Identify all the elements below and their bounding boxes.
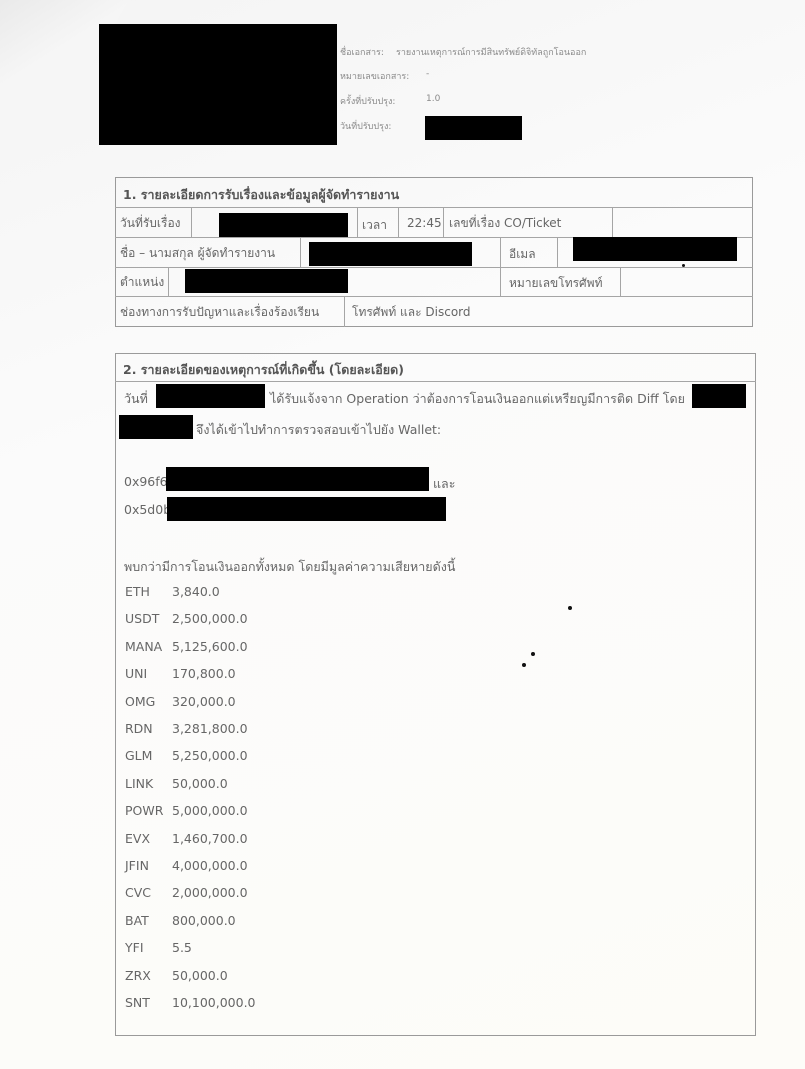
asset-amount: 50,000.0 (172, 776, 228, 791)
asset-row: JFIN4,000,000.0 (125, 858, 248, 873)
redacted-incident-date (156, 384, 265, 408)
asset-amount: 2,500,000.0 (172, 611, 248, 626)
redacted-revision-date (425, 116, 522, 140)
time-label: เวลา (362, 216, 387, 235)
redacted-received-date (219, 213, 348, 237)
asset-symbol: RDN (125, 721, 172, 736)
redacted-position (185, 269, 348, 293)
asset-row: EVX1,460,700.0 (125, 831, 248, 846)
redacted-logo (99, 24, 337, 145)
phone-label: หมายเลขโทรศัพท์ (509, 274, 603, 293)
divider (115, 267, 753, 268)
asset-row: POWR5,000,000.0 (125, 803, 248, 818)
asset-symbol: POWR (125, 803, 172, 818)
complaint-channel-label: ช่องทางการรับปัญหาและเรื่องร้องเรียน (120, 303, 319, 322)
redacted-wallet-1 (166, 467, 429, 491)
asset-symbol: MANA (125, 639, 172, 654)
asset-symbol: CVC (125, 885, 172, 900)
asset-row: LINK50,000.0 (125, 776, 228, 791)
asset-symbol: LINK (125, 776, 172, 791)
asset-amount: 1,460,700.0 (172, 831, 248, 846)
divider (500, 267, 501, 296)
asset-symbol: GLM (125, 748, 172, 763)
asset-amount: 50,000.0 (172, 968, 228, 983)
divider (344, 296, 345, 327)
wallet-1-prefix: 0x96f6 (124, 474, 168, 489)
asset-symbol: EVX (125, 831, 172, 846)
asset-amount: 5,125,600.0 (172, 639, 248, 654)
asset-amount: 3,840.0 (172, 584, 220, 599)
loss-summary: พบกว่ามีการโอนเงินออกทั้งหมด โดยมีมูลค่า… (124, 557, 455, 577)
redacted-wallet-2 (167, 497, 446, 521)
asset-symbol: UNI (125, 666, 172, 681)
divider (398, 207, 399, 237)
divider (557, 237, 558, 267)
asset-row: UNI170,800.0 (125, 666, 236, 681)
asset-row: ETH3,840.0 (125, 584, 220, 599)
asset-row: BAT800,000.0 (125, 913, 236, 928)
asset-row: SNT10,100,000.0 (125, 995, 256, 1010)
divider (115, 381, 756, 382)
asset-amount: 320,000.0 (172, 694, 236, 709)
email-label: อีเมล (509, 245, 536, 264)
redacted-reporter-name (309, 242, 472, 266)
received-date-label: วันที่รับเรื่อง (120, 214, 181, 233)
asset-symbol: OMG (125, 694, 172, 709)
asset-row: GLM5,250,000.0 (125, 748, 248, 763)
divider (357, 207, 358, 237)
redacted-email (573, 237, 737, 261)
divider (620, 267, 621, 296)
wallet-conjunction: และ (433, 474, 455, 494)
asset-amount: 2,000,000.0 (172, 885, 248, 900)
divider (115, 296, 753, 297)
asset-amount: 5.5 (172, 940, 192, 955)
speck (682, 264, 685, 267)
position-label: ตำแหน่ง (120, 273, 164, 292)
reporter-name-label: ชื่อ – นามสกุล ผู้จัดทำรายงาน (120, 244, 275, 263)
asset-amount: 4,000,000.0 (172, 858, 248, 873)
divider (443, 207, 444, 237)
asset-amount: 800,000.0 (172, 913, 236, 928)
asset-amount: 5,000,000.0 (172, 803, 248, 818)
incident-date-prefix: วันที่ (124, 389, 148, 409)
asset-amount: 3,281,800.0 (172, 721, 248, 736)
divider (168, 267, 169, 296)
section-2-title: 2. รายละเอียดของเหตุการณ์ที่เกิดขึ้น (โด… (123, 360, 404, 380)
ticket-label: เลขที่เรื่อง CO/Ticket (449, 214, 561, 233)
asset-symbol: ETH (125, 584, 172, 599)
asset-row: MANA5,125,600.0 (125, 639, 248, 654)
asset-symbol: SNT (125, 995, 172, 1010)
incident-description-line2: จึงได้เข้าไปทำการตรวจสอบเข้าไปยัง Wallet… (196, 420, 441, 440)
asset-amount: 10,100,000.0 (172, 995, 256, 1010)
asset-row: ZRX50,000.0 (125, 968, 228, 983)
divider (500, 237, 501, 267)
asset-row: CVC2,000,000.0 (125, 885, 248, 900)
incident-description-line1: ได้รับแจ้งจาก Operation ว่าต้องการโอนเงิ… (270, 389, 685, 409)
section-1-title: 1. รายละเอียดการรับเรื่องและข้อมูลผู้จัด… (123, 185, 399, 205)
asset-symbol: JFIN (125, 858, 172, 873)
asset-amount: 170,800.0 (172, 666, 236, 681)
wallet-2-prefix: 0x5d0b (124, 502, 171, 517)
divider (300, 237, 301, 267)
asset-row: YFI5.5 (125, 940, 192, 955)
asset-symbol: ZRX (125, 968, 172, 983)
redacted-staff-name-cont (119, 415, 193, 439)
divider (115, 207, 753, 208)
asset-amount: 5,250,000.0 (172, 748, 248, 763)
asset-row: RDN3,281,800.0 (125, 721, 248, 736)
asset-row: OMG320,000.0 (125, 694, 236, 709)
divider (191, 207, 192, 237)
speck (522, 663, 526, 667)
asset-symbol: USDT (125, 611, 172, 626)
speck (568, 606, 572, 610)
divider (612, 207, 613, 237)
time-value: 22:45 (407, 216, 442, 230)
speck (531, 652, 535, 656)
asset-symbol: YFI (125, 940, 172, 955)
asset-row: USDT2,500,000.0 (125, 611, 248, 626)
complaint-channel-value: โทรศัพท์ และ Discord (352, 303, 471, 322)
asset-symbol: BAT (125, 913, 172, 928)
redacted-staff-name (692, 384, 746, 408)
